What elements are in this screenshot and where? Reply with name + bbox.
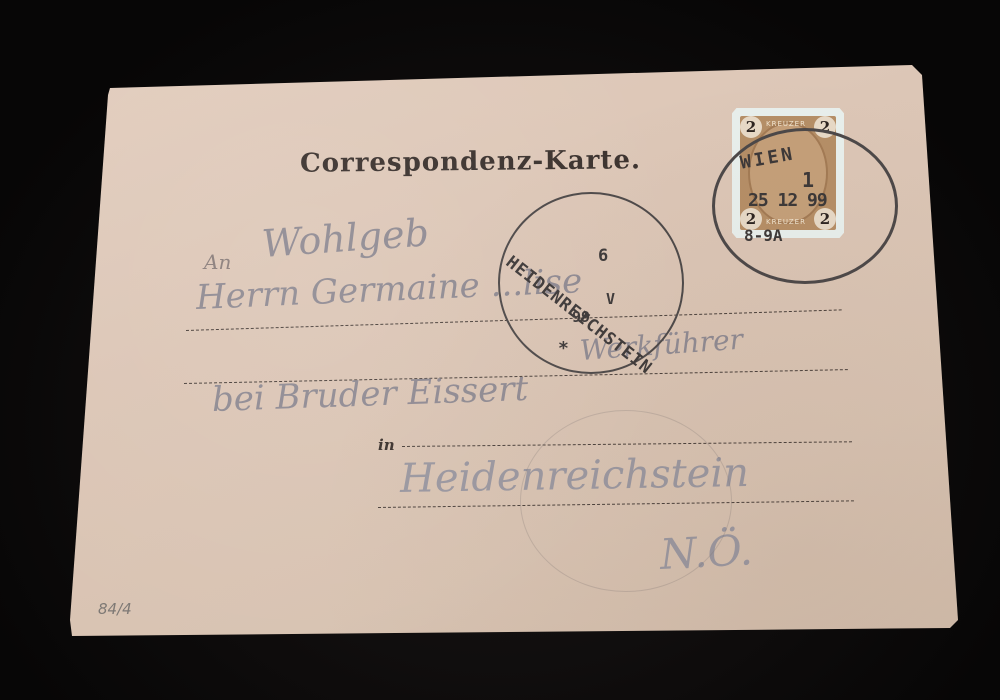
postage-stamp: 2 2 2 2 KREUZER KREUZER <box>732 108 844 238</box>
stamp-bottom-text: KREUZER <box>766 218 806 226</box>
arrival-postmark-ring <box>498 192 684 374</box>
address-line-in <box>402 441 852 447</box>
stamp-top-text: KREUZER <box>766 120 806 128</box>
ghost-postmark-ring <box>520 410 732 592</box>
stamp-denomination-tr: 2 <box>814 116 836 138</box>
stamp-portrait-oval <box>748 122 828 224</box>
handwriting-city: Heidenreichstein <box>400 450 750 502</box>
arrival-postmark-year: 99 <box>572 308 590 326</box>
origin-postmark-date: 25 12 99 <box>748 190 827 211</box>
arrival-postmark-day: 6 <box>598 246 608 266</box>
address-line-2 <box>184 369 848 384</box>
arrival-postmark-symbol: * <box>558 338 569 359</box>
handwriting-region: N.Ö. <box>659 525 754 579</box>
stamp-denomination-tl: 2 <box>740 116 762 138</box>
stamp-denomination-bl: 2 <box>740 208 762 230</box>
handwriting-line-4: bei Bruder Eissert <box>211 369 528 420</box>
stamp-frame <box>740 116 836 230</box>
prefix-an: An <box>204 250 231 274</box>
postcard: Correspondenz-Karte. An in Wohlgeb Herrn… <box>0 0 1000 700</box>
handwriting-line-2: Herrn Germaine ...lise <box>195 261 583 318</box>
arrival-postmark-city: HEIDENREICHSTEIN <box>502 252 656 379</box>
origin-postmark-number: 1 <box>802 168 814 192</box>
catalog-pencil-note: 84/4 <box>98 600 132 618</box>
origin-postmark-city: WIEN <box>739 143 797 173</box>
prefix-in: in <box>378 436 395 454</box>
address-line-3 <box>378 500 854 508</box>
address-line-1 <box>186 309 842 331</box>
origin-postmark-time: 8-9A <box>744 226 783 245</box>
postcard-title: Correspondenz-Karte. <box>300 145 641 179</box>
handwriting-line-1: Wohlgeb <box>260 210 430 266</box>
stamp-denomination-br: 2 <box>814 208 836 230</box>
handwriting-line-3: Werkführer <box>579 323 744 367</box>
origin-postmark-ring <box>712 128 898 284</box>
arrival-postmark-month: V <box>606 290 615 308</box>
